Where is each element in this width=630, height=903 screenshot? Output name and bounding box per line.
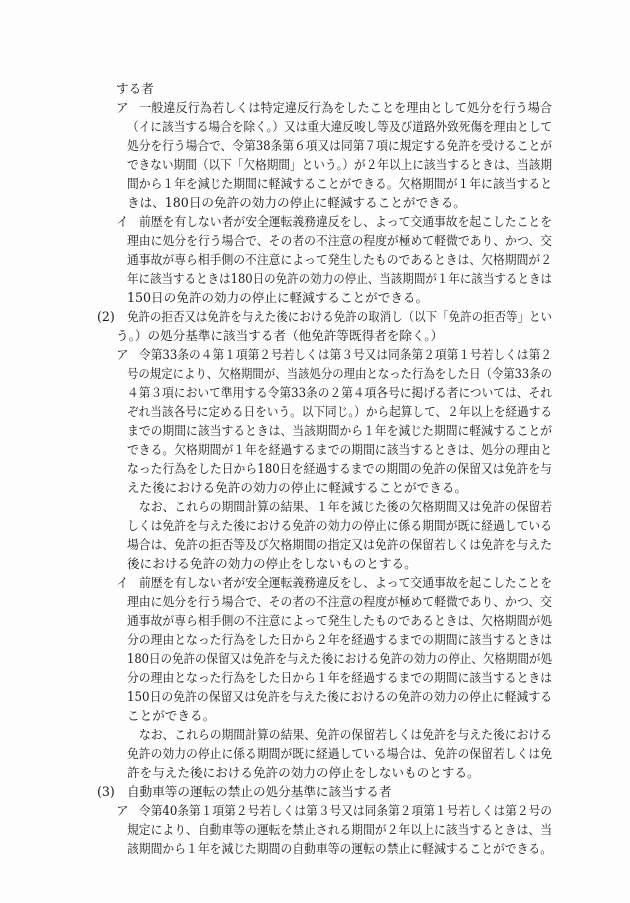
text-line: 該期間から１年を減じた期間の自動車等の運転の禁止に軽減することができる。 — [0, 839, 630, 858]
line-text: 令第40条第１項第２号若しくは第３号又は同条第２項第１号若しくは第２号の — [139, 801, 552, 820]
item-label: ア — [116, 345, 129, 364]
line-text: 許を与えた後における免許の効力の停止をしないものとする。 — [127, 763, 552, 782]
text-line: なお、これらの期間計算の結果、免許の保留若しくは免許を与えた後における — [0, 725, 630, 744]
line-text: 場合は、免許の拒否等及び欠格期間の指定又は免許の保留若しくは免許を与えた — [127, 535, 552, 554]
text-line: 後における免許の効力の停止をしないものとする。 — [0, 554, 630, 573]
text-line: 規定により、自動車等の運転を禁止される期間が２年以上に該当するときは、当 — [0, 820, 630, 839]
text-line: 180日の免許の保留又は免許を与えた後における免許の効力の停止、欠格期間が処 — [0, 649, 630, 668]
line-text: なお、これらの期間計算の結果、１年を減じた後の欠格期間又は免許の保留若 — [139, 497, 552, 516]
section-number: (3) — [97, 782, 115, 801]
text-line: 分の理由となった行為をした日から１年を経過するまでの期間に該当するときは — [0, 668, 630, 687]
item-label: ア — [116, 801, 129, 820]
section-number: (2) — [97, 307, 115, 326]
line-text: 自動車等の運転の禁止の処分基準に該当する者 — [127, 782, 552, 801]
line-text: ぞれ当該各号に定める日をいう。以下同じ。）から起算して、２年以上を経過する — [127, 402, 552, 421]
line-text: 該期間から１年を減じた期間の自動車等の運転の禁止に軽減することができる。 — [127, 839, 552, 858]
text-line: 間から１年を減じた期間に軽減することができる。欠格期間が１年に該当すると — [0, 174, 630, 193]
text-line: 通事故が専ら相手側の不注意によって発生したものであるときは、欠格期間が２ — [0, 250, 630, 269]
text-line: ４第３項において準用する令第33条の２第４項各号に掲げる者については、それ — [0, 383, 630, 402]
list-item-line: イ前歴を有しない者が安全運転義務違反をし、よって交通事故を起こしたことを — [0, 573, 630, 592]
line-text: する者 — [116, 79, 552, 98]
line-text: できる。欠格期間が１年を経過するまでの期間に該当するときは、処分の理由と — [127, 440, 552, 459]
line-text: 令第33条の４第１項第２号若しくは第３号又は同条第２項第１号若しくは第２ — [139, 345, 552, 364]
text-line: 許を与えた後における免許の効力の停止をしないものとする。 — [0, 763, 630, 782]
line-text: 理由に処分を行う場合で、その者の不注意の程度が極めて軽微であり、かつ、交 — [127, 592, 552, 611]
text-line: なお、これらの期間計算の結果、１年を減じた後の欠格期間又は免許の保留若 — [0, 497, 630, 516]
text-line: 免許の効力の停止に係る期間が既に経過している場合は、免許の保留若しくは免 — [0, 744, 630, 763]
line-text: （イに該当する場合を除く。）又は重大違反唆し等及び道路外致死傷を理由として — [127, 117, 552, 136]
list-item-line: イ前歴を有しない者が安全運転義務違反をし、よって交通事故を起こしたことを — [0, 212, 630, 231]
line-text: 規定により、自動車等の運転を禁止される期間が２年以上に該当するときは、当 — [127, 820, 552, 839]
line-text: ４第３項において準用する令第33条の２第４項各号に掲げる者については、それ — [127, 383, 552, 402]
list-item-line: ア一般違反行為若しくは特定違反行為をしたことを理由として処分を行う場合 — [0, 98, 630, 117]
line-text: 処分を行う場合で、令第38条第６項又は同第７項に規定する免許を受けることが — [127, 136, 552, 155]
line-text: なお、これらの期間計算の結果、免許の保留若しくは免許を与えた後における — [139, 725, 552, 744]
line-text: 年に該当するときは180日の免許の効力の停止、当該期間が１年に該当するときは — [127, 269, 552, 288]
section-heading-line: (2)免許の拒否又は免許を与えた後における免許の取消し（以下「免許の拒否等」とい — [0, 307, 630, 326]
text-line: 場合は、免許の拒否等及び欠格期間の指定又は免許の保留若しくは免許を与えた — [0, 535, 630, 554]
text-line: 理由に処分を行う場合で、その者の不注意の程度が極めて軽微であり、かつ、交 — [0, 592, 630, 611]
line-text: 後における免許の効力の停止をしないものとする。 — [127, 554, 552, 573]
line-text: 150日の免許の保留又は免許を与えた後におけるの免許の効力の停止に軽減する — [127, 687, 552, 706]
text-line: （イに該当する場合を除く。）又は重大違反唆し等及び道路外致死傷を理由として — [0, 117, 630, 136]
text-line: きは、180日の免許の効力の停止に軽減することができる。 — [0, 193, 630, 212]
line-text: 免許の拒否又は免許を与えた後における免許の取消し（以下「免許の拒否等」とい — [127, 307, 552, 326]
document-body: する者ア一般違反行為若しくは特定違反行為をしたことを理由として処分を行う場合（イ… — [0, 79, 630, 858]
document-page: する者ア一般違反行為若しくは特定違反行為をしたことを理由として処分を行う場合（イ… — [0, 0, 630, 903]
list-item-line: ア令第40条第１項第２号若しくは第３号又は同条第２項第１号若しくは第２号の — [0, 801, 630, 820]
text-line: できる。欠格期間が１年を経過するまでの期間に該当するときは、処分の理由と — [0, 440, 630, 459]
line-text: しくは免許を与えた後における免許の効力の停止に係る期間が既に経過している — [127, 516, 552, 535]
text-line: までの期間に該当するときは、当該期間から１年を減じた期間に軽減することが — [0, 421, 630, 440]
text-line: えた後における免許の効力の停止に軽減することができる。 — [0, 478, 630, 497]
line-text: 免許の効力の停止に係る期間が既に経過している場合は、免許の保留若しくは免 — [127, 744, 552, 763]
text-line: しくは免許を与えた後における免許の効力の停止に係る期間が既に経過している — [0, 516, 630, 535]
list-item-line: ア令第33条の４第１項第２号若しくは第３号又は同条第２項第１号若しくは第２ — [0, 345, 630, 364]
line-text: きは、180日の免許の効力の停止に軽減することができる。 — [127, 193, 552, 212]
text-line: 150日の免許の効力の停止に軽減することができる。 — [0, 288, 630, 307]
text-line: ぞれ当該各号に定める日をいう。以下同じ。）から起算して、２年以上を経過する — [0, 402, 630, 421]
text-line: う。）の処分基準に該当する者（他免許等既得者を除く。） — [0, 326, 630, 345]
line-text: 間から１年を減じた期間に軽減することができる。欠格期間が１年に該当すると — [127, 174, 552, 193]
text-line: 通事故が専ら相手側の不注意によって発生したものであるときは、欠格期間が処 — [0, 611, 630, 630]
line-text: までの期間に該当するときは、当該期間から１年を減じた期間に軽減することが — [127, 421, 552, 440]
section-heading-line: (3)自動車等の運転の禁止の処分基準に該当する者 — [0, 782, 630, 801]
text-line: する者 — [0, 79, 630, 98]
text-line: 年に該当するときは180日の免許の効力の停止、当該期間が１年に該当するときは — [0, 269, 630, 288]
text-line: なった行為をした日から180日を経過するまでの期間の免許の保留又は免許を与 — [0, 459, 630, 478]
text-line: 分の理由となった行為をした日から２年を経過するまでの期間に該当するときは — [0, 630, 630, 649]
text-line: ことができる。 — [0, 706, 630, 725]
line-text: 通事故が専ら相手側の不注意によって発生したものであるときは、欠格期間が２ — [127, 250, 552, 269]
item-label: イ — [116, 212, 129, 231]
line-text: 分の理由となった行為をした日から１年を経過するまでの期間に該当するときは — [127, 668, 552, 687]
line-text: 分の理由となった行為をした日から２年を経過するまでの期間に該当するときは — [127, 630, 552, 649]
line-text: ことができる。 — [127, 706, 552, 725]
line-text: う。）の処分基準に該当する者（他免許等既得者を除く。） — [116, 326, 552, 345]
text-line: 処分を行う場合で、令第38条第６項又は同第７項に規定する免許を受けることが — [0, 136, 630, 155]
line-text: できない期間（以下「欠格期間」という。）が２年以上に該当するときは、当該期 — [127, 155, 552, 174]
line-text: 号の規定により、欠格期間が、当該処分の理由となった行為をした日（令第33条の — [127, 364, 552, 383]
item-label: イ — [116, 573, 129, 592]
line-text: 通事故が専ら相手側の不注意によって発生したものであるときは、欠格期間が処 — [127, 611, 552, 630]
text-line: できない期間（以下「欠格期間」という。）が２年以上に該当するときは、当該期 — [0, 155, 630, 174]
line-text: 150日の免許の効力の停止に軽減することができる。 — [127, 288, 552, 307]
line-text: 理由に処分を行う場合で、その者の不注意の程度が極めて軽微であり、かつ、交 — [127, 231, 552, 250]
item-label: ア — [116, 98, 129, 117]
text-line: 理由に処分を行う場合で、その者の不注意の程度が極めて軽微であり、かつ、交 — [0, 231, 630, 250]
line-text: 前歴を有しない者が安全運転義務違反をし、よって交通事故を起こしたことを — [139, 573, 552, 592]
line-text: 180日の免許の保留又は免許を与えた後における免許の効力の停止、欠格期間が処 — [127, 649, 552, 668]
line-text: 一般違反行為若しくは特定違反行為をしたことを理由として処分を行う場合 — [139, 98, 552, 117]
line-text: 前歴を有しない者が安全運転義務違反をし、よって交通事故を起こしたことを — [139, 212, 552, 231]
line-text: なった行為をした日から180日を経過するまでの期間の免許の保留又は免許を与 — [127, 459, 552, 478]
line-text: えた後における免許の効力の停止に軽減することができる。 — [127, 478, 552, 497]
text-line: 150日の免許の保留又は免許を与えた後におけるの免許の効力の停止に軽減する — [0, 687, 630, 706]
text-line: 号の規定により、欠格期間が、当該処分の理由となった行為をした日（令第33条の — [0, 364, 630, 383]
